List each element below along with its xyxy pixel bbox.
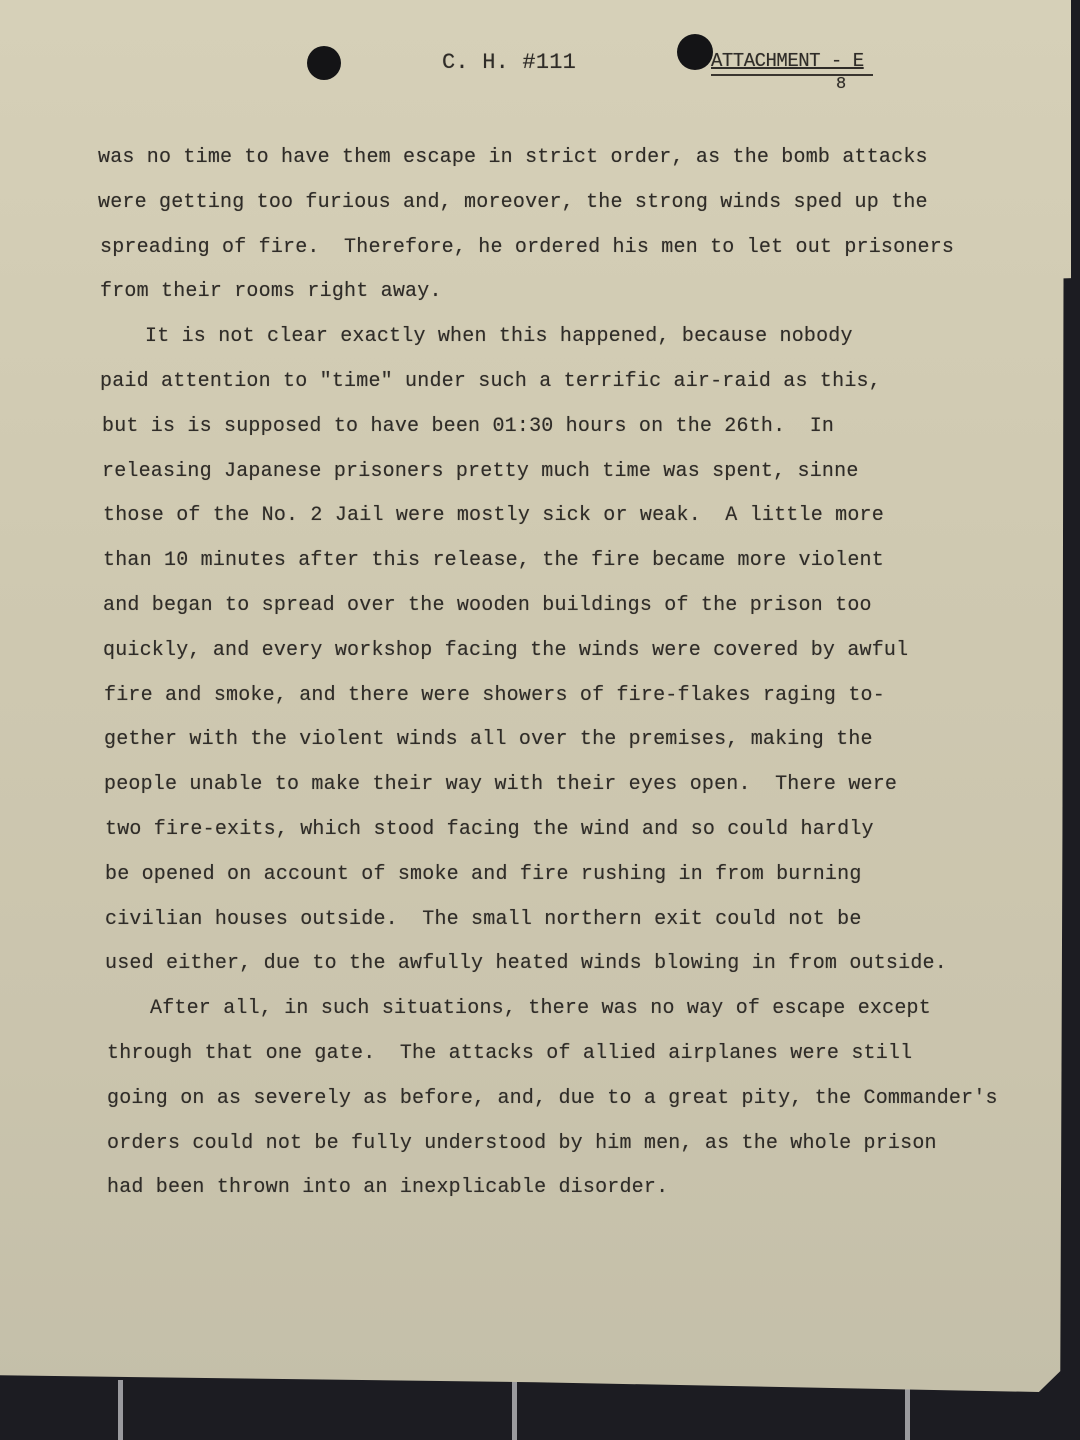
text-line: fire and smoke, and there were showers o… bbox=[104, 684, 885, 707]
text-line: from their rooms right away. bbox=[100, 280, 442, 303]
text-line: going on as severely as before, and, due… bbox=[107, 1087, 998, 1110]
text-line: gether with the violent winds all over t… bbox=[104, 728, 873, 751]
document-code: C. H. #111 bbox=[442, 50, 576, 75]
attachment-underline bbox=[711, 74, 873, 76]
text-line: spreading of fire. Therefore, he ordered… bbox=[100, 236, 954, 259]
typewritten-page: C. H. #111 ATTACHMENT - E 8 was no time … bbox=[0, 0, 1071, 1392]
text-line: be opened on account of smoke and fire r… bbox=[105, 863, 862, 886]
punch-hole-right bbox=[677, 34, 713, 70]
text-line: two fire-exits, which stood facing the w… bbox=[105, 818, 874, 841]
text-line: quickly, and every workshop facing the w… bbox=[103, 639, 908, 662]
text-line: those of the No. 2 Jail were mostly sick… bbox=[103, 504, 884, 527]
text-line: It is not clear exactly when this happen… bbox=[145, 325, 853, 348]
attachment-label: ATTACHMENT - E bbox=[711, 50, 864, 72]
text-line: was no time to have them escape in stric… bbox=[98, 146, 928, 169]
text-line: and began to spread over the wooden buil… bbox=[103, 594, 872, 617]
page-number: 8 bbox=[836, 75, 846, 94]
punch-hole-left bbox=[307, 46, 341, 80]
text-line: releasing Japanese prisoners pretty much… bbox=[102, 460, 859, 483]
text-line: civilian houses outside. The small north… bbox=[105, 908, 862, 931]
text-line: After all, in such situations, there was… bbox=[150, 997, 931, 1020]
background-grid-line bbox=[512, 1380, 517, 1440]
text-line: had been thrown into an inexplicable dis… bbox=[107, 1176, 668, 1199]
text-line: but is is supposed to have been 01:30 ho… bbox=[102, 415, 834, 438]
text-line: through that one gate. The attacks of al… bbox=[107, 1042, 912, 1065]
text-line: than 10 minutes after this release, the … bbox=[103, 549, 884, 572]
text-line: were getting too furious and, moreover, … bbox=[98, 191, 928, 214]
text-line: used either, due to the awfully heated w… bbox=[105, 952, 947, 975]
text-line: paid attention to "time" under such a te… bbox=[100, 370, 881, 393]
text-line: orders could not be fully understood by … bbox=[107, 1132, 937, 1155]
background-grid-line bbox=[118, 1380, 123, 1440]
text-line: people unable to make their way with the… bbox=[104, 773, 897, 796]
